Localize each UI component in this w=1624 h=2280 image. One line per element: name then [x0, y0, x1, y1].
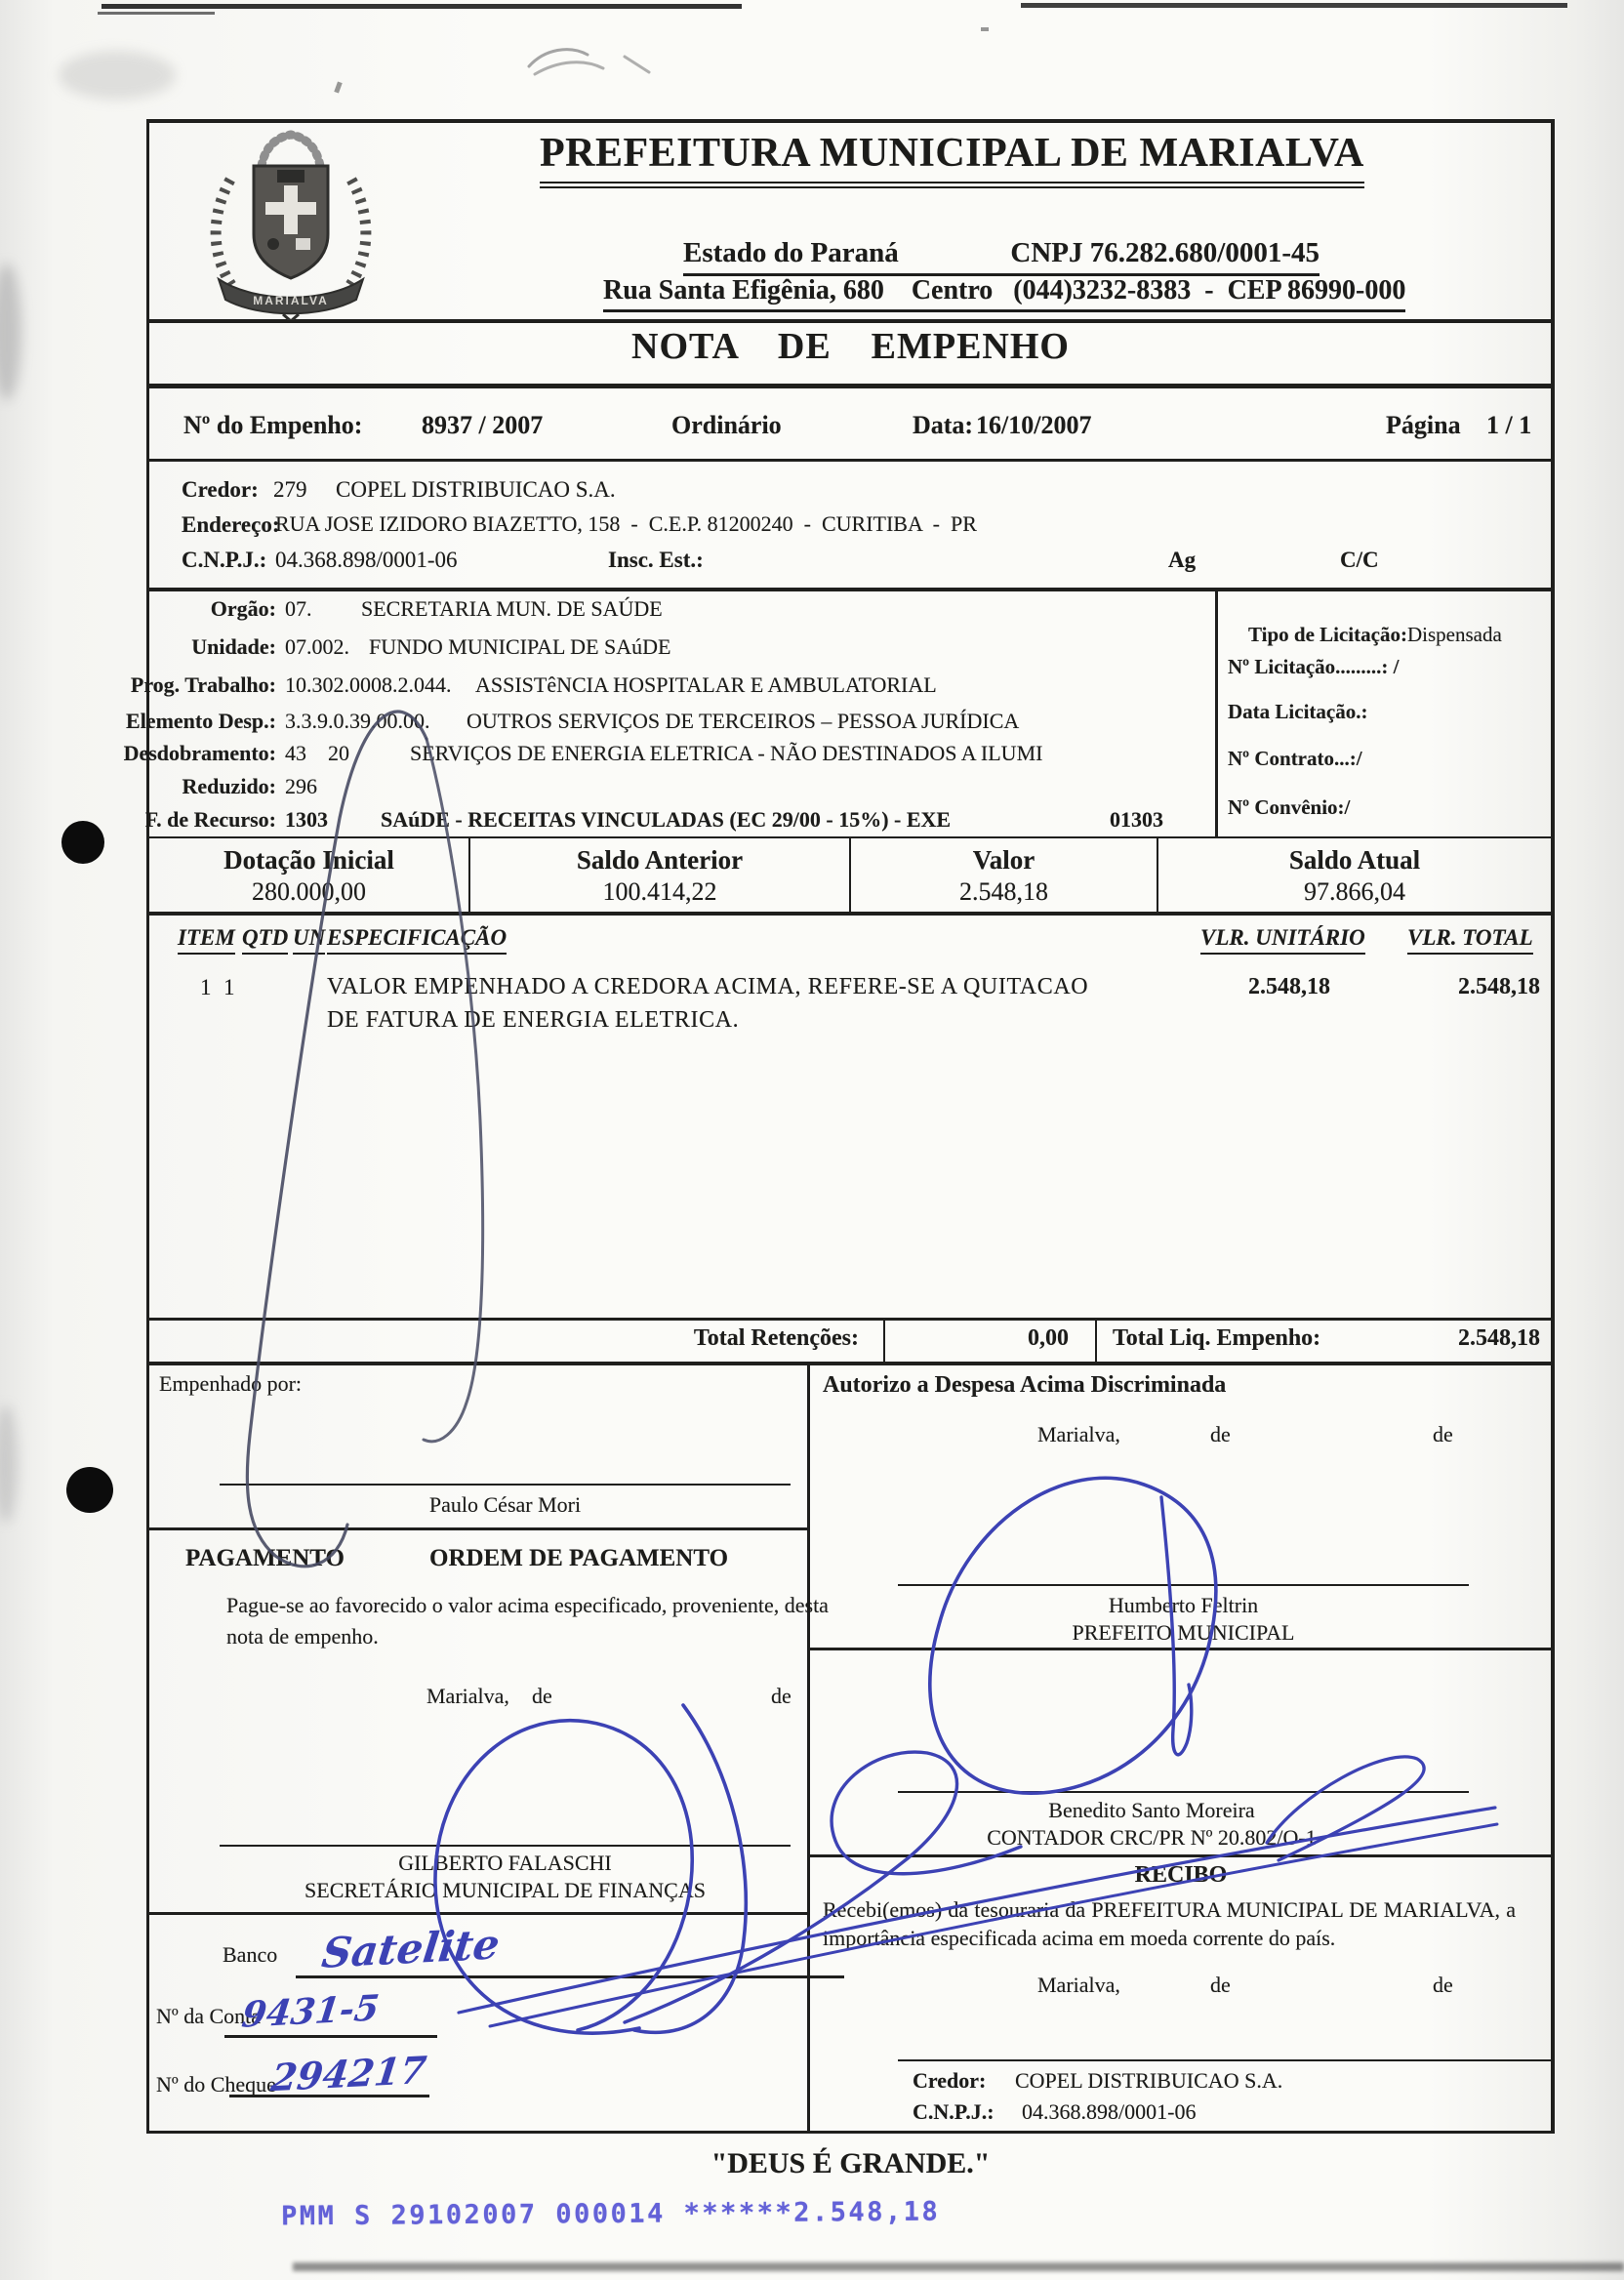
- desdobramento-codigo: 43 20: [285, 742, 349, 766]
- rule-center-divider: [807, 1362, 810, 2134]
- rule-credor-bottom: [146, 588, 1555, 591]
- recibo-de1: de: [1210, 1974, 1231, 1998]
- saldo-atual-label: Saldo Atual: [1158, 845, 1551, 875]
- col-qtd: QTD: [242, 925, 288, 955]
- f-recurso-codigo: 1303: [285, 808, 328, 833]
- credor-nome: COPEL DISTRIBUICAO S.A.: [336, 477, 616, 503]
- sigline-paulo: [220, 1484, 791, 1486]
- cheque-label: Nº do Cheque: [156, 2073, 276, 2097]
- insc-est-label: Insc. Est.:: [608, 548, 704, 573]
- item-num: 1: [200, 975, 212, 1000]
- saldo-anterior-label: Saldo Anterior: [470, 845, 849, 875]
- recibo-titulo: RECIBO: [807, 1862, 1555, 1889]
- rule-left-section-2: [146, 1912, 808, 1915]
- col-item: ITEM: [178, 925, 235, 955]
- punch-hole-bottom: [66, 1467, 113, 1513]
- empenho-tipo: Ordinário: [671, 411, 782, 439]
- num-contrato: Nº Contrato...:/: [1228, 748, 1362, 771]
- elemento-desp-descricao: OUTROS SERVIÇOS DE TERCEIROS – PESSOA JU…: [467, 710, 1019, 734]
- reduzido-label: Reduzido:: [98, 775, 276, 799]
- scan-bottom-edge-line: [293, 2262, 1624, 2271]
- item-vlr-unitario: 2.548,18: [1200, 974, 1330, 1000]
- shield-tower: [277, 170, 304, 183]
- num-licitacao: Nº Licitação.........: /: [1228, 656, 1400, 679]
- coat-of-arms-marialva: MARIALVA: [168, 125, 414, 320]
- recibo-cnpj-label: C.N.P.J.:: [913, 2100, 995, 2125]
- f-recurso-descricao: SAúDE - RECEITAS VINCULADAS (EC 29/00 - …: [381, 808, 951, 833]
- pen-scribble-top: [529, 50, 649, 74]
- pagamento-cidade: Marialva,: [426, 1685, 509, 1709]
- wreath-left: [216, 180, 231, 285]
- rule-totais-bottom: [146, 1362, 1555, 1365]
- unidade-label: Unidade:: [98, 635, 276, 660]
- empenhado-por-label: Empenhado por:: [159, 1372, 302, 1397]
- item-espec-linha1: VALOR EMPENHADO A CREDORA ACIMA, REFERE-…: [327, 974, 1088, 1000]
- lema: "DEUS É GRANDE.": [146, 2147, 1555, 2180]
- frame-right: [1551, 119, 1555, 2134]
- sigline-humberto: [898, 1584, 1469, 1586]
- scan-speck-1: [334, 81, 342, 93]
- prefeito-nome: Humberto Feltrin: [898, 1594, 1469, 1618]
- data-licitacao: Data Licitação.:: [1228, 701, 1367, 724]
- orgao-label: Orgão:: [98, 597, 276, 622]
- col-especificacao: ESPECIFICAÇÃO: [327, 925, 507, 955]
- rule-title-bottom: [146, 384, 1555, 388]
- dot-matrix-print: PMM S 29102007 000014 ******2.548,18: [281, 2197, 940, 2232]
- rule-left-section-1: [146, 1527, 808, 1530]
- saldo-atual-valor: 97.866,04: [1158, 877, 1551, 906]
- doc-title: NOTA DE EMPENHO: [146, 326, 1555, 368]
- rule-totais-top: [146, 1318, 1555, 1321]
- autorizo-de1: de: [1210, 1423, 1231, 1447]
- pague-se-linha1: Pague-se ao favorecido o valor acima esp…: [226, 1594, 829, 1618]
- empenho-data: 16/10/2007: [976, 411, 1091, 439]
- autorizo-de2: de: [1433, 1423, 1453, 1447]
- total-retencoes-valor: 0,00: [913, 1325, 1069, 1352]
- reduzido-codigo: 296: [285, 775, 317, 799]
- recibo-credor-label: Credor:: [913, 2069, 986, 2094]
- autorizo-titulo: Autorizo a Despesa Acima Discriminada: [823, 1372, 1226, 1399]
- wreath-right: [350, 180, 366, 285]
- rule-totais-v1: [883, 1318, 885, 1365]
- banco-label: Banco: [223, 1943, 277, 1968]
- scan-top-edge-line-short: [98, 12, 215, 15]
- endereco-header: Rua Santa Efigênia, 680 Centro (044)3232…: [603, 275, 1405, 312]
- saldo-anterior-valor: 100.414,22: [470, 877, 849, 906]
- valor-valor: 2.548,18: [851, 877, 1157, 906]
- item-espec-linha2: DE FATURA DE ENERGIA ELETRICA.: [327, 1007, 739, 1034]
- sigline-recibo: [898, 2059, 1552, 2061]
- org-name: PREFEITURA MUNICIPAL DE MARIALVA: [540, 131, 1364, 188]
- secretario-cargo: SECRETÁRIO MUNICIPAL DE FINANÇAS: [220, 1879, 791, 1903]
- endereco-label: Endereço:: [182, 512, 280, 538]
- prog-trabalho-label: Prog. Trabalho:: [98, 673, 276, 698]
- empenho-numero: 8937 / 2007: [422, 411, 543, 439]
- frame-left: [146, 119, 149, 2134]
- banner-tip: [283, 314, 299, 320]
- num-convenio: Nº Convênio:/: [1228, 796, 1350, 820]
- tipo-licitacao-valor: Dispensada: [1407, 623, 1502, 646]
- tipo-licitacao-label: Tipo de Licitação:: [1248, 623, 1407, 646]
- elemento-desp-label: Elemento Desp.:: [98, 710, 276, 734]
- frame-top: [146, 119, 1555, 123]
- pagamento-de2: de: [771, 1685, 792, 1709]
- scan-top-edge-line-right: [1021, 3, 1567, 8]
- scan-speck-2: [981, 27, 989, 31]
- total-liq-valor: 2.548,18: [1401, 1325, 1540, 1352]
- estado-cnpj-row: Estado do Paraná CNPJ 76.282.680/0001-45: [683, 237, 1319, 276]
- scan-smudge-top-left: [59, 51, 176, 100]
- prog-trabalho-descricao: ASSISTêNCIA HOSPITALAR E AMBULATORIAL: [475, 673, 937, 698]
- recibo-credor-valor: COPEL DISTRIBUICAO S.A.: [1015, 2069, 1282, 2094]
- item-qtd: 1: [223, 975, 235, 1000]
- rule-totais-v2: [1095, 1318, 1097, 1365]
- sigline-gilberto: [220, 1845, 791, 1847]
- underline-banco: [296, 1975, 844, 1978]
- banner-text: MARIALVA: [253, 294, 329, 307]
- cheque-handwriting: 294217: [268, 2048, 428, 2100]
- pagina-label: Página: [1386, 411, 1461, 439]
- conta-handwriting: 9431-5: [239, 1987, 381, 2036]
- ag-label: Ag: [1168, 548, 1196, 573]
- credor-codigo: 279: [273, 477, 307, 503]
- desdobramento-label: Desdobramento:: [98, 742, 276, 766]
- empenho-data-label: Data:: [913, 411, 973, 439]
- crest-top-leaves: [262, 135, 320, 166]
- cnpj-credor-label: C.N.P.J.:: [182, 548, 266, 573]
- frame-bottom: [146, 2131, 1555, 2134]
- dotacao-label: Dotação Inicial: [149, 845, 468, 875]
- recibo-texto: Recebi(emos) da tesouraria da PREFEITURA…: [823, 1895, 1516, 1952]
- contador-cargo: CONTADOR CRC/PR Nº 20.802/O-1: [898, 1826, 1405, 1851]
- item-vlr-total: 2.548,18: [1405, 974, 1540, 1000]
- paulo-nome: Paulo César Mori: [220, 1493, 791, 1518]
- pagina-valor: 1 / 1: [1486, 411, 1531, 439]
- col-vlr-total: VLR. TOTAL: [1407, 925, 1533, 955]
- credor-label: Credor:: [182, 477, 259, 503]
- scanned-nota-de-empenho: MARIALVA PREFEITURA MUNICIPAL DE MARIALV…: [0, 0, 1624, 2280]
- empenho-numero-label: Nº do Empenho:: [183, 411, 362, 439]
- orgao-descricao: SECRETARIA MUN. DE SAÚDE: [361, 597, 663, 622]
- unidade-descricao: FUNDO MUNICIPAL DE SAúDE: [369, 635, 670, 660]
- total-liq-label: Total Liq. Empenho:: [1113, 1325, 1320, 1352]
- recibo-cidade: Marialva,: [1037, 1974, 1120, 1998]
- cnpj-credor-valor: 04.368.898/0001-06: [275, 548, 458, 573]
- desdobramento-descricao: SERVIÇOS DE ENERGIA ELETRICA - NÃO DESTI…: [410, 742, 1042, 766]
- rule-right-section-1: [807, 1648, 1555, 1650]
- contador-nome: Benedito Santo Moreira: [898, 1799, 1405, 1823]
- secretario-nome: GILBERTO FALASCHI: [220, 1852, 791, 1876]
- ordem-pagamento-titulo: ORDEM DE PAGAMENTO: [429, 1545, 728, 1572]
- pague-se-linha2: nota de empenho.: [226, 1625, 379, 1649]
- pagamento-de1: de: [532, 1685, 552, 1709]
- dotacao-valor: 280.000,00: [149, 877, 468, 906]
- banco-handwriting: Satelite: [319, 1920, 503, 1977]
- underline-conta: [224, 2035, 437, 2038]
- shield-cross-h: [265, 202, 316, 215]
- rule-right-section-2: [807, 1854, 1555, 1857]
- recibo-cnpj-valor: 04.368.898/0001-06: [1022, 2100, 1196, 2125]
- cc-label: C/C: [1340, 548, 1379, 573]
- total-retencoes-label: Total Retenções:: [547, 1325, 859, 1352]
- endereco-valor: RUA JOSE IZIDORO BIAZETTO, 158 - C.E.P. …: [275, 512, 977, 537]
- signature-paulo-stroke: [247, 712, 482, 1567]
- sigline-benedito: [898, 1791, 1469, 1793]
- scan-smudge-left-1: [0, 264, 21, 400]
- col-un: UN: [293, 925, 325, 955]
- scan-top-edge-line-left: [101, 4, 742, 9]
- recibo-de2: de: [1433, 1974, 1453, 1998]
- prog-trabalho-codigo: 10.302.0008.2.044.: [285, 673, 452, 698]
- f-recurso-label: F. de Recurso:: [98, 808, 276, 833]
- scan-smudge-left-2: [0, 1405, 18, 1523]
- estado-label: Estado do Paraná: [683, 237, 899, 268]
- orgao-codigo: 07.: [285, 597, 312, 622]
- shield-detail-2: [296, 238, 310, 250]
- cnpj-label: CNPJ 76.282.680/0001-45: [1010, 237, 1319, 268]
- col-vlr-unitario: VLR. UNITÁRIO: [1200, 925, 1365, 955]
- shield-detail-1: [267, 238, 279, 250]
- unidade-codigo: 07.002.: [285, 635, 349, 660]
- elemento-desp-codigo: 3.3.9.0.39.00.00.: [285, 710, 430, 734]
- rule-empenho-bottom: [146, 459, 1555, 462]
- autorizo-cidade: Marialva,: [1037, 1423, 1120, 1447]
- pagamento-titulo: PAGAMENTO: [185, 1545, 345, 1572]
- f-recurso-extra: 01303: [1110, 808, 1163, 833]
- valor-label: Valor: [851, 845, 1157, 875]
- prefeito-cargo: PREFEITO MUNICIPAL: [898, 1621, 1469, 1646]
- rule-licitacao-divider: [1215, 588, 1218, 836]
